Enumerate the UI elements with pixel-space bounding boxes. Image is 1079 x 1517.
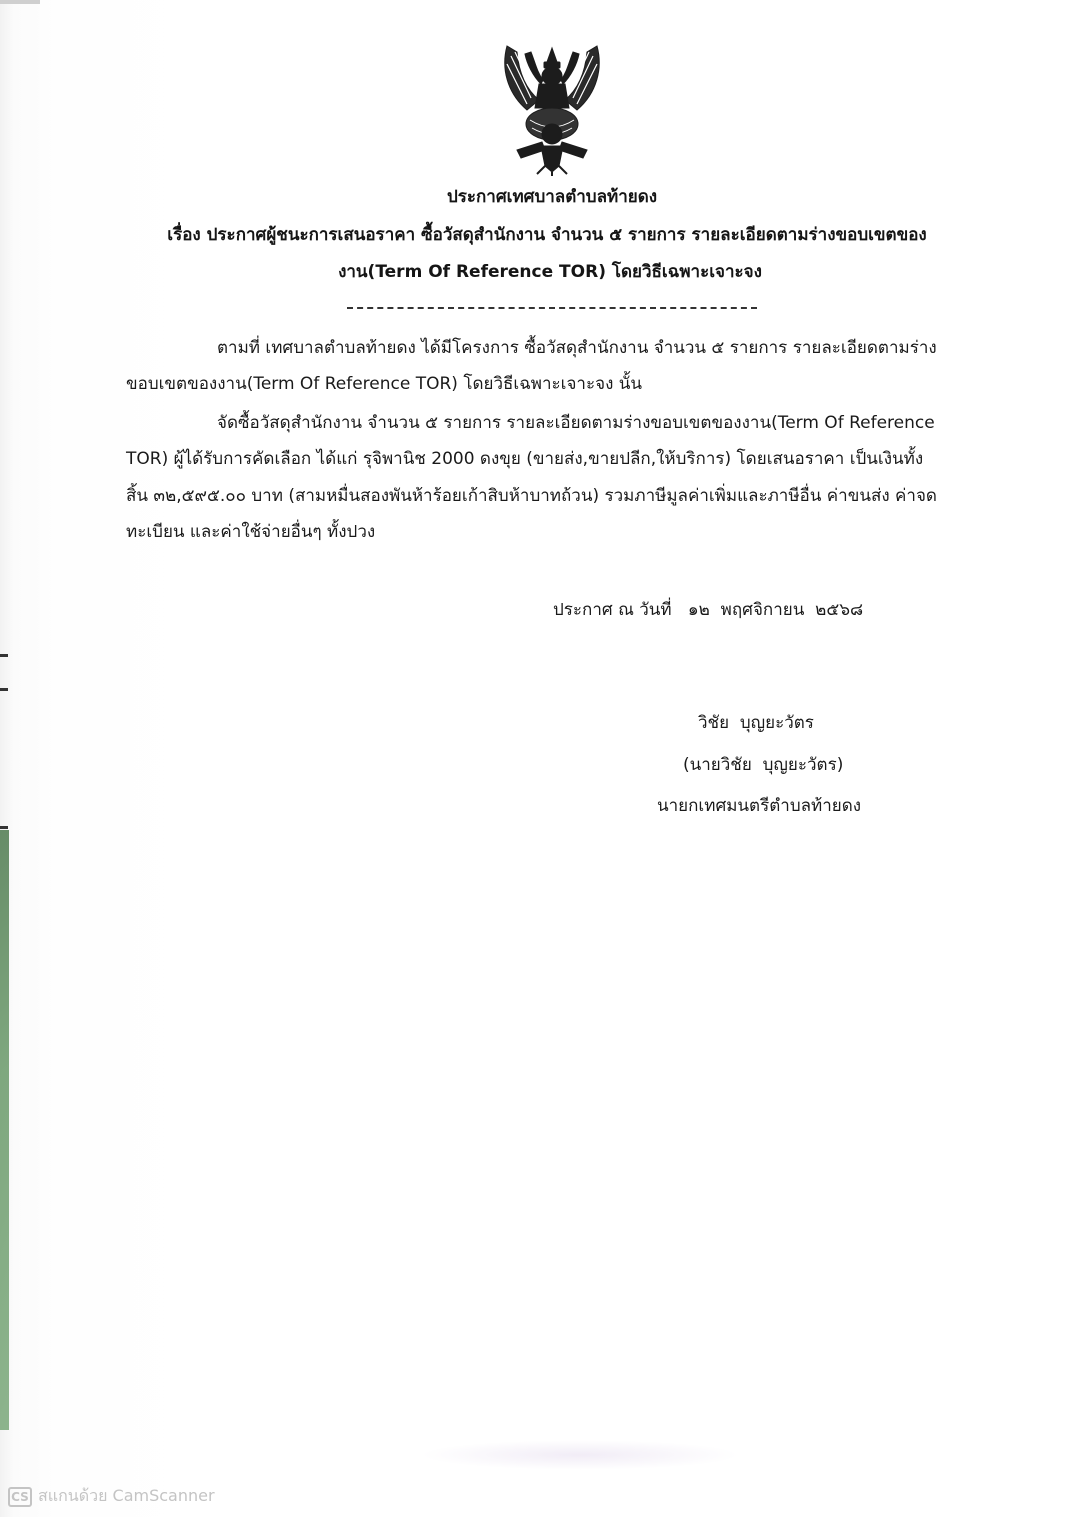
paragraph-2-line-1: จัดซื้อวัสดุสำนักงาน จำนวน ๕ รายการ รายล…	[217, 411, 935, 435]
signatory-position: นายกเทศมนตรีตำบลท้ายดง	[657, 794, 861, 818]
watermark-text: สแกนด้วย CamScanner	[38, 1484, 215, 1509]
signature-name: วิชัย บุญยะวัตร	[698, 711, 814, 735]
scan-background-edge	[0, 830, 9, 1430]
camscanner-watermark: CS สแกนด้วย CamScanner	[8, 1484, 215, 1509]
subject-line-1: เรื่อง ประกาศผู้ชนะการเสนอราคา ซื้อวัสดุ…	[0, 223, 1079, 247]
printed-name: (นายวิชัย บุญยะวัตร)	[683, 753, 843, 777]
announcement-date: ประกาศ ณ วันที่ ๑๒ พฤศจิกายน ๒๕๖๘	[553, 598, 863, 622]
subject-line-2: งาน(Term Of Reference TOR) โดยวิธีเฉพาะเ…	[0, 260, 1079, 284]
scan-edge-mark	[0, 826, 8, 829]
paragraph-2-line-2: TOR) ผู้ได้รับการคัดเลือก ได้แก่ รุจิพาน…	[126, 447, 923, 471]
paragraph-2-line-3: สิ้น ๓๒,๕๙๕.๐๐ บาท (สามหมื่นสองพันห้าร้อ…	[126, 484, 937, 508]
scan-edge-mark	[0, 0, 40, 4]
garuda-emblem-icon	[497, 38, 607, 178]
paragraph-2-line-4: ทะเบียน และค่าใช้จ่ายอื่นๆ ทั้งปวง	[126, 520, 375, 544]
scan-artifact	[420, 1440, 740, 1470]
paragraph-1-line-2: ขอบเขตของงาน(Term Of Reference TOR) โดยว…	[126, 372, 642, 396]
separator-line	[347, 307, 757, 309]
scanned-page: ประกาศเทศบาลตำบลท้ายดง เรื่อง ประกาศผู้ช…	[0, 0, 1079, 1517]
organization-title: ประกาศเทศบาลตำบลท้ายดง	[0, 185, 1079, 209]
camscanner-logo-icon: CS	[8, 1487, 32, 1507]
scan-edge-mark	[0, 654, 8, 657]
scan-edge-mark	[0, 688, 8, 691]
paragraph-1-line-1: ตามที่ เทศบาลตำบลท้ายดง ได้มีโครงการ ซื้…	[217, 336, 937, 360]
